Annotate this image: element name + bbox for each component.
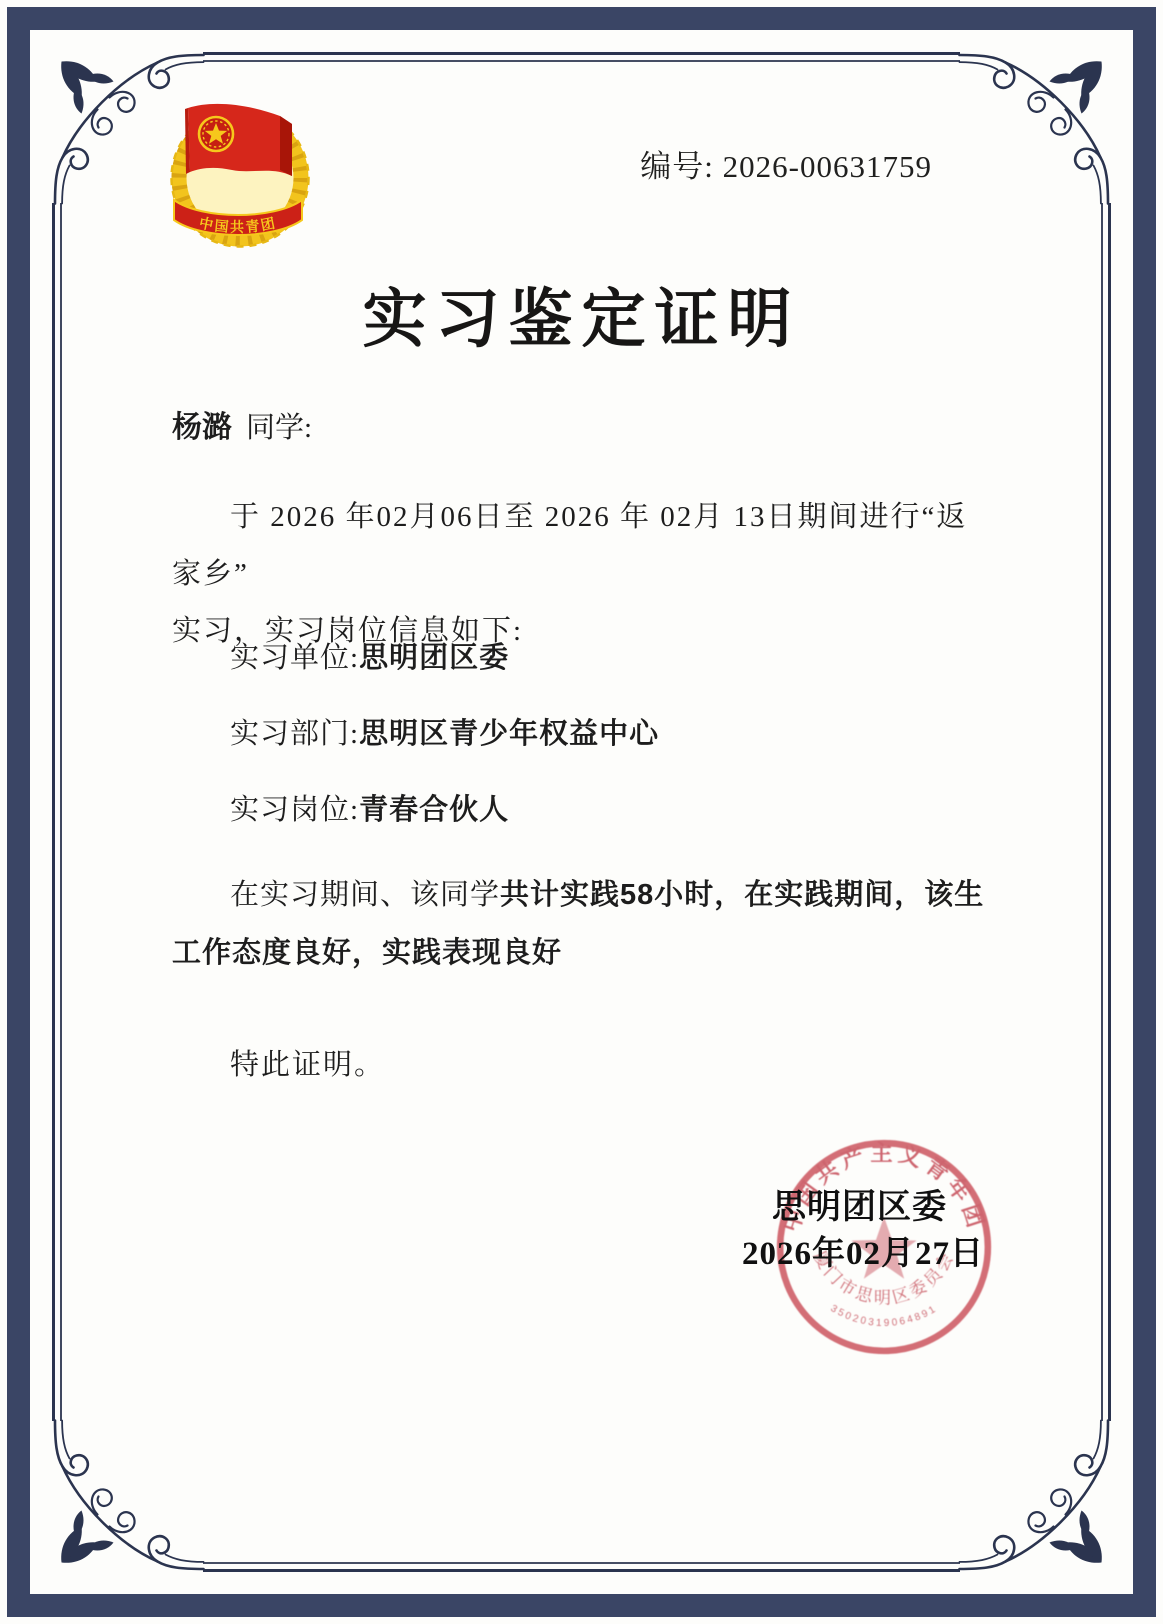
greeting-suffix: 同学: <box>246 412 312 444</box>
serial-value: 2026-00631759 <box>723 149 932 184</box>
corner-flourish-bottom-left <box>55 1421 204 1570</box>
corner-flourish-top-right <box>960 55 1109 204</box>
corner-flourish-bottom-right <box>960 1421 1109 1570</box>
field-position: 实习岗位:青春合伙人 <box>230 787 509 828</box>
certificate-page: 中国共青团 编号: 2026-00631759 实习鉴定证明 杨潞同学: 于 2… <box>0 0 1163 1624</box>
certificate-title: 实习鉴定证明 <box>0 268 1163 360</box>
field-unit-label: 实习单位: <box>230 642 359 674</box>
emblem-star-roundel <box>199 117 233 151</box>
signature-organization: 思明团区委 <box>772 1179 947 1228</box>
field-position-label: 实习岗位: <box>230 794 359 826</box>
evaluation-paragraph: 在实习期间、该同学共计实践58小时，在实践期间，该生工作态度良好，实践表现良好 <box>172 866 988 982</box>
field-position-value: 青春合伙人 <box>359 794 509 826</box>
field-unit-value: 思明团区委 <box>359 642 509 674</box>
youth-league-emblem-icon: 中国共青团 <box>152 88 324 254</box>
field-department-value: 思明区青少年权益中心 <box>359 718 659 750</box>
greeting-line: 杨潞同学: <box>172 402 312 446</box>
field-unit: 实习单位:思明团区委 <box>230 635 509 676</box>
serial-number-line: 编号: 2026-00631759 <box>640 141 932 186</box>
signature-date: 2026年02月27日 <box>742 1227 984 1274</box>
closing-statement: 特此证明。 <box>230 1042 385 1083</box>
field-department: 实习部门:思明区青少年权益中心 <box>230 711 659 752</box>
serial-label: 编号: <box>640 149 714 184</box>
student-name: 杨潞 <box>172 411 232 444</box>
field-department-label: 实习部门: <box>230 718 359 750</box>
evaluation-regular: 在实习期间、该同学 <box>230 879 500 911</box>
intro-line-1: 于 2026 年02月06日至 2026 年 02月 13日期间进行“返家乡” <box>172 489 982 603</box>
